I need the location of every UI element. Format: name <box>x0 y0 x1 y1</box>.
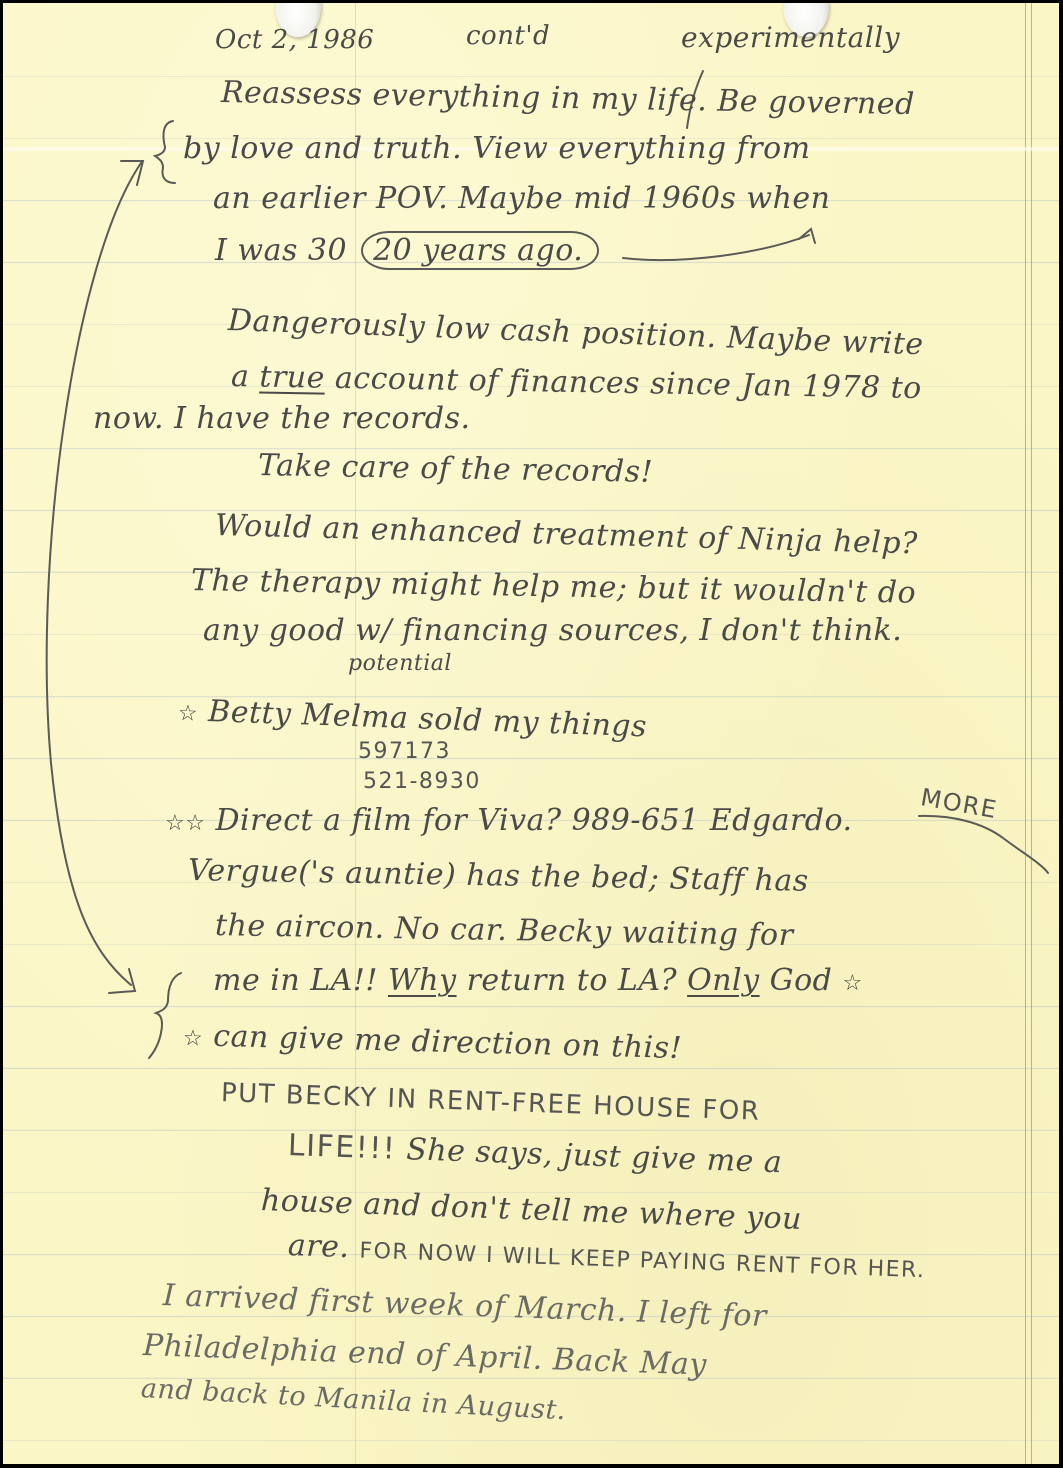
continued-label: cont'd <box>466 21 550 51</box>
star-icon: ☆ <box>183 1026 204 1052</box>
film-text: Direct a film for Viva? 989-651 Edgardo. <box>216 803 853 838</box>
age-text: I was 30 <box>215 233 347 268</box>
date-label: Oct 2, 1986 <box>215 25 374 55</box>
experimentally-note: experimentally <box>681 21 900 54</box>
notebook-page: Oct 2, 1986 cont'd experimentally Reasse… <box>3 3 1059 1464</box>
potential-insert: potential <box>348 651 452 676</box>
right-margin-line-2 <box>1031 3 1032 1464</box>
underlined-only: Only <box>687 963 759 998</box>
section5-line3: me in LA!! Why return to LA? Only God ☆ <box>213 963 863 998</box>
section1-line4: I was 3020 years ago. <box>215 231 599 270</box>
are-text: are. <box>287 1228 350 1265</box>
double-star-icon: ☆☆ <box>165 811 205 836</box>
me-in-la-text: me in LA!! <box>213 963 378 998</box>
section4-line2: ☆☆ Direct a film for Viva? 989-651 Edgar… <box>165 803 853 838</box>
section1-line3: an earlier POV. Maybe mid 1960s when <box>213 181 830 216</box>
god-text: God <box>770 963 833 998</box>
underlined-true: true <box>259 359 325 395</box>
star-icon: ☆ <box>177 701 198 727</box>
circled-20-years-ago: 20 years ago. <box>361 231 599 270</box>
phone-number-1: 597173 <box>358 739 451 764</box>
section3-line3: any good w/ financing sources, I don't t… <box>203 613 902 648</box>
scan-frame: Oct 2, 1986 cont'd experimentally Reasse… <box>0 0 1063 1468</box>
return-text: return to LA? <box>467 963 678 998</box>
phone-number-2: 521-8930 <box>363 769 481 794</box>
section2-line4: Take care of the records! <box>258 448 654 490</box>
star-icon: ☆ <box>842 971 862 996</box>
section1-line2: by love and truth. View everything from <box>183 131 811 166</box>
life-caps: LIFE!!! <box>287 1128 397 1167</box>
section2-line3: now. I have the records. <box>93 401 471 436</box>
right-margin-line <box>1025 3 1026 1464</box>
text-a: a <box>231 359 250 394</box>
underlined-why: Why <box>388 963 457 998</box>
